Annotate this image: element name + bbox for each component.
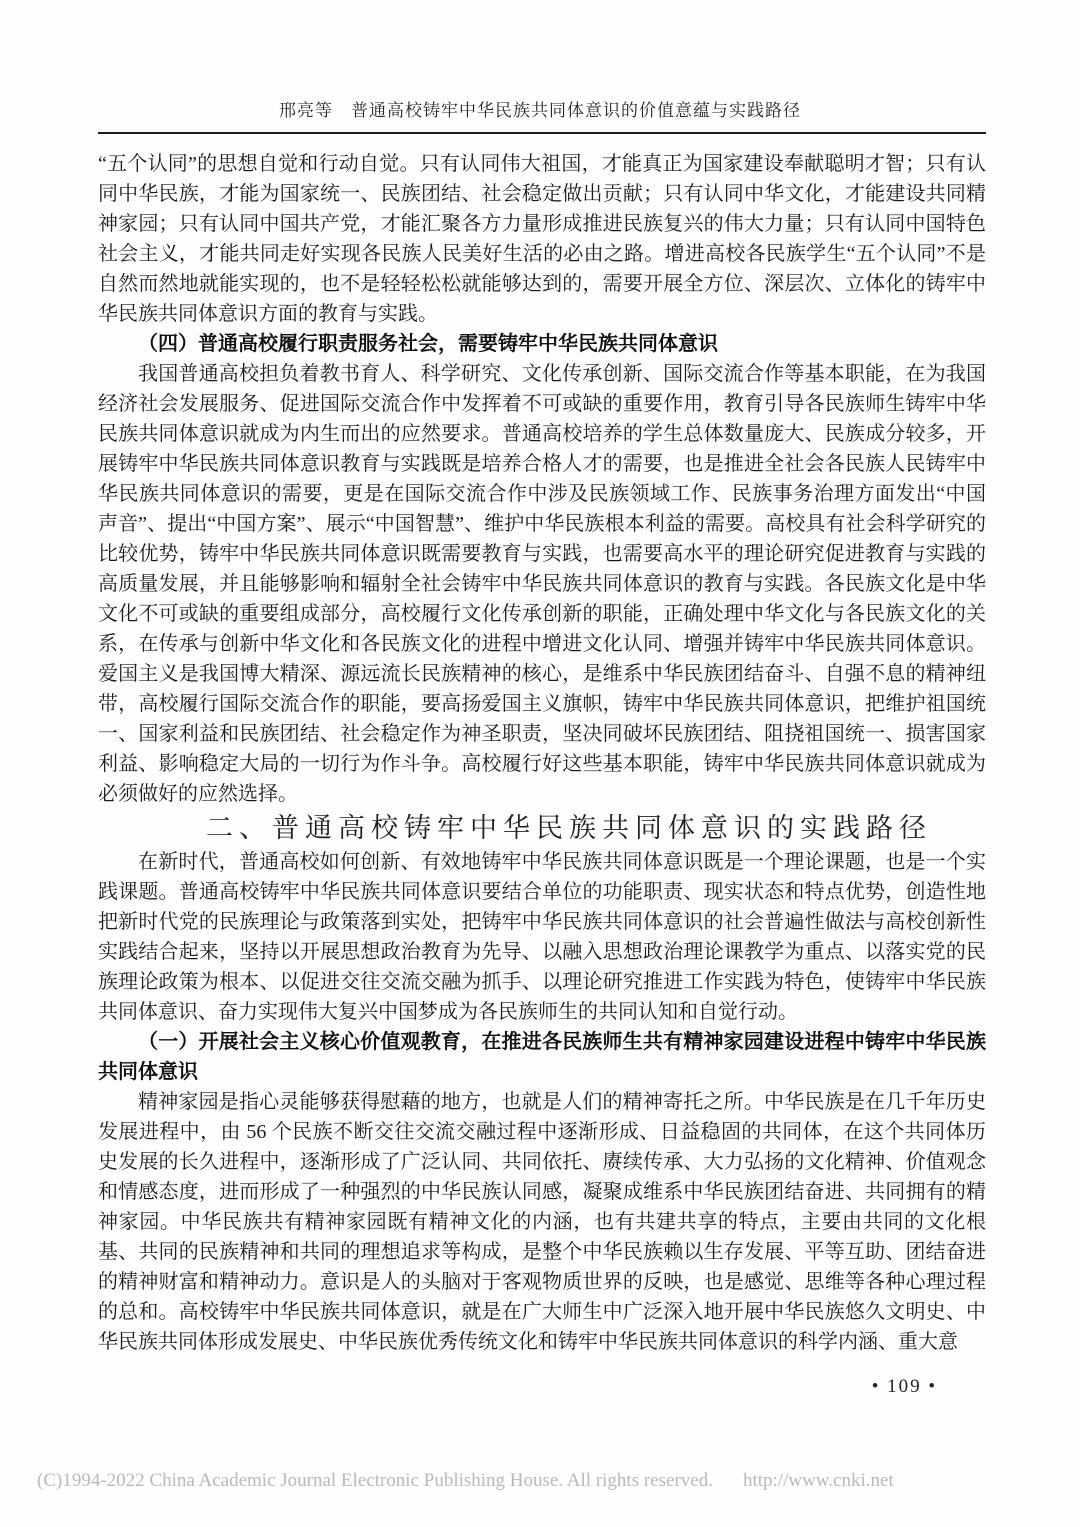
paragraph-section-four: 我国普通高校担负着教书育人、科学研究、文化传承创新、国际交流合作等基本职能，在为… [98, 359, 986, 809]
footer-copyright-text: (C)1994-2022 China Academic Journal Elec… [37, 1470, 713, 1491]
paragraph-continued: “五个认同”的思想自觉和行动自觉。只有认同伟大祖国，才能真正为国家建设奉献聪明才… [98, 149, 986, 329]
paragraph-subsection-one: 精神家园是指心灵能够获得慰藉的地方，也就是人们的精神寄托之所。中华民族是在几千年… [98, 1087, 986, 1357]
page-number: • 109 • [872, 1376, 937, 1398]
footer-cnki-url: http://www.cnki.net [743, 1470, 894, 1491]
paper-page: 邢亮等 普通高校铸牢中华民族共同体意识的价值意蕴与实践路径 “五个认同”的思想自… [0, 0, 1080, 1527]
paragraph-section-intro: 在新时代，普通高校如何创新、有效地铸牢中华民族共同体意识既是一个理论课题，也是一… [98, 847, 986, 1027]
subsection-heading-one: （一）开展社会主义核心价值观教育，在推进各民族师生共有精神家园建设进程中铸牢中华… [98, 1027, 986, 1087]
header-rule [98, 132, 986, 134]
article-body: “五个认同”的思想自觉和行动自觉。只有认同伟大祖国，才能真正为国家建设奉献聪明才… [98, 149, 986, 1357]
subsection-heading-four: （四）普通高校履行职责服务社会，需要铸牢中华民族共同体意识 [98, 329, 986, 359]
running-head-title: 邢亮等 普通高校铸牢中华民族共同体意识的价值意蕴与实践路径 [0, 96, 1080, 121]
footer-watermark: (C)1994-2022 China Academic Journal Elec… [37, 1470, 894, 1492]
section-heading-two: 二、普通高校铸牢中华民族共同体意识的实践路径 [98, 809, 986, 847]
